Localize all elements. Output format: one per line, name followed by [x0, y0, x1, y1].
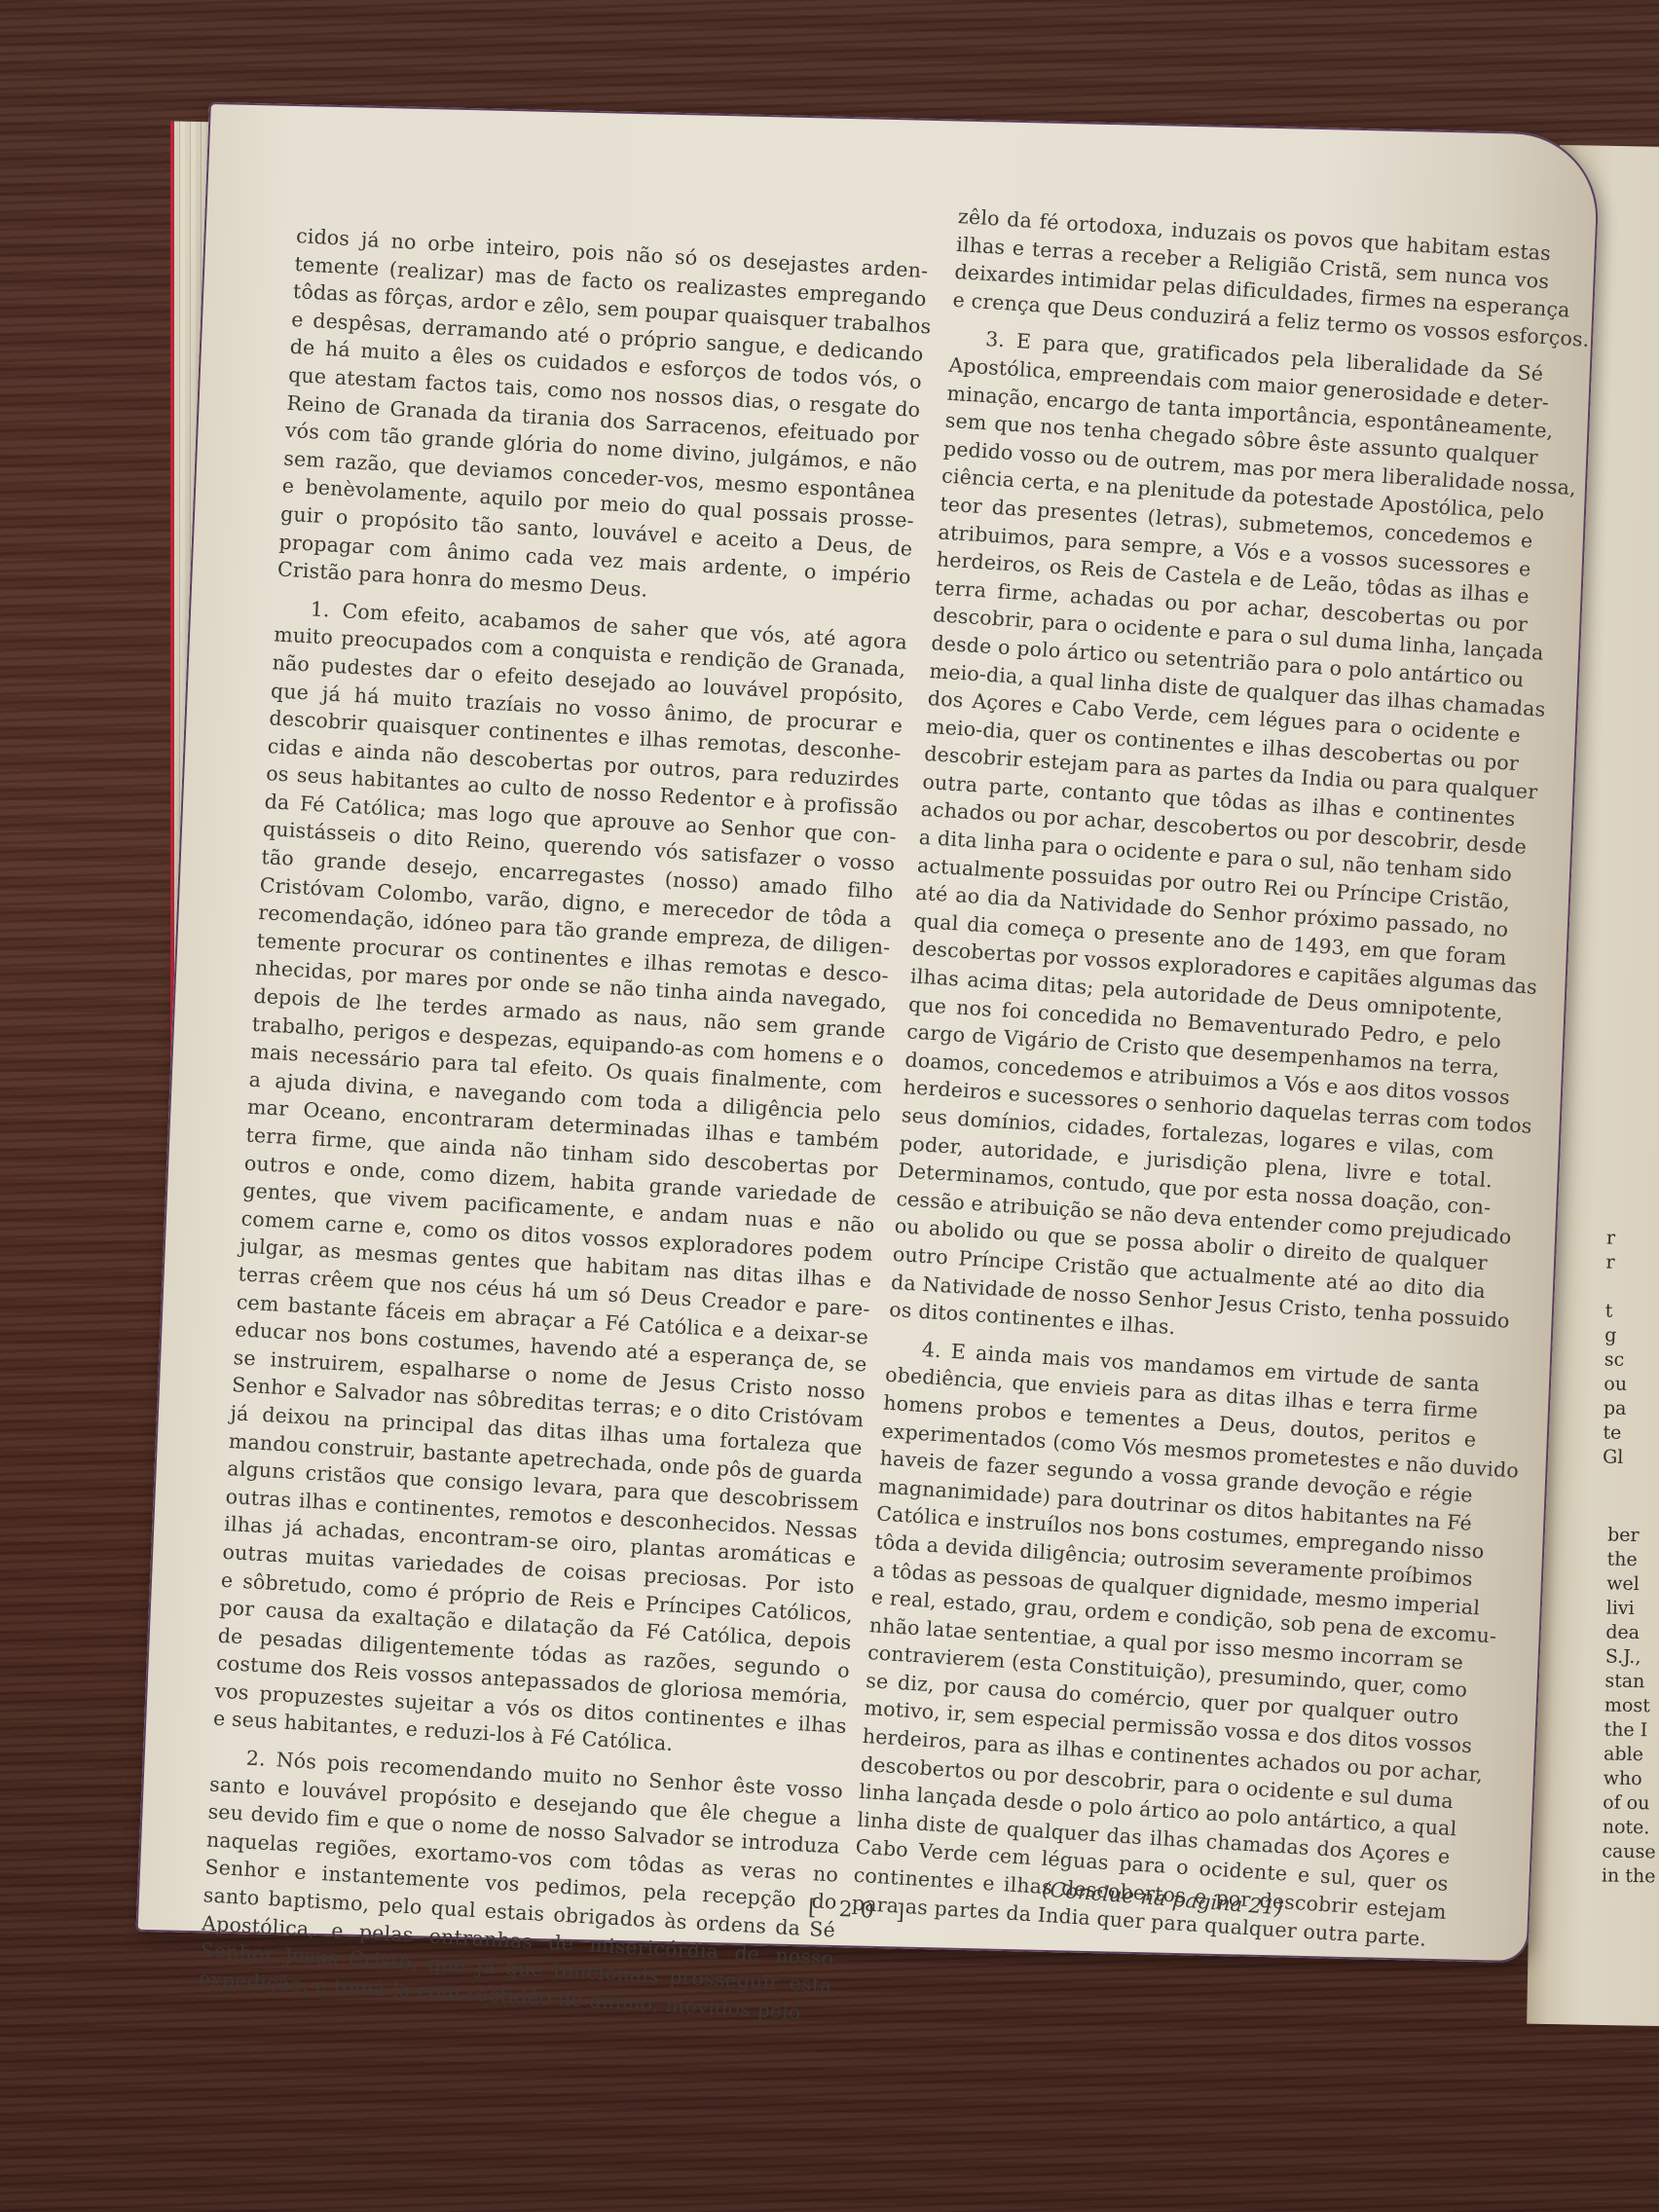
right-text-column: zêlo da fé ortodoxa, induzais os povos q…	[851, 203, 1552, 1954]
facing-text-fragment: dea	[1605, 1620, 1659, 1645]
facing-text-fragment: Gl	[1603, 1445, 1659, 1470]
facing-text-fragment: g	[1604, 1323, 1659, 1348]
facing-text-fragment: pa	[1604, 1396, 1659, 1421]
left-text-column: cidos já no orbe inteiro, pois não só os…	[198, 222, 929, 2028]
facing-text-fragment	[1605, 1274, 1659, 1300]
paragraph-section-2: 2. Nós pois recomendando muito no Senhor…	[198, 1743, 843, 2028]
facing-text-fragment: livi	[1606, 1596, 1659, 1621]
facing-text-fragment: the	[1606, 1548, 1659, 1573]
facing-text-fragment: r	[1606, 1226, 1659, 1251]
facing-text-fragment: ber	[1607, 1524, 1659, 1549]
facing-text-fragment: in the	[1602, 1863, 1659, 1889]
facing-text-fragment: able	[1604, 1742, 1659, 1767]
facing-text-fragment: who	[1603, 1766, 1659, 1791]
facing-text-fragment: most	[1604, 1693, 1659, 1718]
facing-text-fragment: of ou	[1603, 1790, 1659, 1816]
paragraph-section-1: 1. Com efeito, acabamos de saher que vós…	[212, 593, 907, 1768]
paragraph-section-3: 3. E para que, gratificados pela liberal…	[889, 323, 1544, 1361]
facing-text-fragment: the I	[1604, 1717, 1659, 1743]
facing-text-fragment: stan	[1604, 1669, 1659, 1694]
facing-text-fragment: note.	[1603, 1815, 1659, 1840]
paragraph-section-4: 4. E ainda mais vos mandamos em virtude …	[851, 1333, 1481, 1954]
facing-text-fragment: wel	[1606, 1571, 1659, 1597]
facing-page-text-lower: berthewellivideaS.J.,stanmostthe Iablewh…	[1602, 1524, 1659, 1890]
facing-text-fragment: te	[1603, 1420, 1659, 1446]
facing-text-fragment: ou	[1604, 1372, 1659, 1397]
facing-text-fragment: cause	[1602, 1839, 1659, 1864]
facing-page-text-upper: rr tgscoupateGl	[1603, 1226, 1659, 1470]
facing-text-fragment: r	[1605, 1250, 1659, 1275]
paragraph-intro-continuation: cidos já no orbe inteiro, pois não só os…	[276, 222, 929, 618]
facing-text-fragment: S.J.,	[1605, 1644, 1659, 1670]
facing-text-fragment: sc	[1604, 1347, 1659, 1373]
facing-text-fragment: t	[1604, 1299, 1659, 1324]
